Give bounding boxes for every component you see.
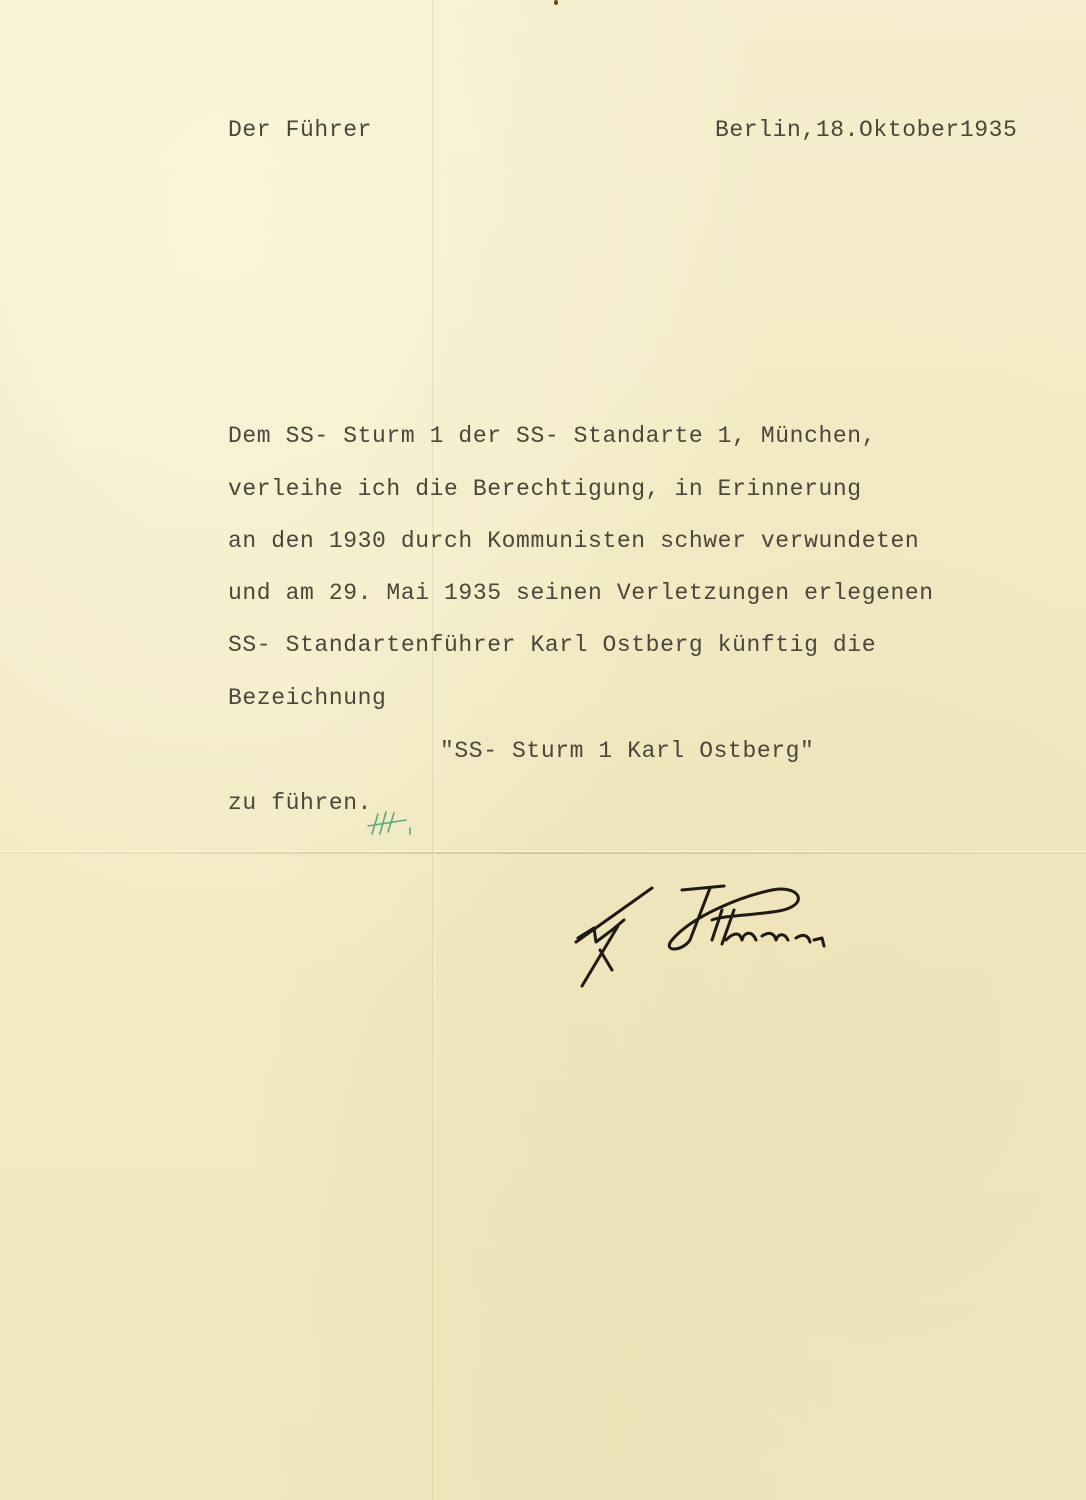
body-line: an den 1930 durch Kommunisten schwer ver… (228, 528, 919, 554)
fold-line-vertical (432, 0, 434, 1500)
closing-line: zu führen. (228, 790, 372, 816)
body-line: und am 29. Mai 1935 seinen Verletzungen … (228, 580, 934, 606)
unit-designation: "SS- Sturm 1 Karl Ostberg" (440, 738, 814, 764)
fold-line-horizontal (0, 852, 1086, 854)
body-line: Dem SS- Sturm 1 der SS- Standarte 1, Mün… (228, 423, 876, 449)
letter-page: Der Führer Berlin,18.Oktober1935 Dem SS-… (0, 0, 1086, 1500)
signature (572, 880, 842, 990)
ink-speck (554, 0, 558, 5)
green-check-mark (366, 808, 426, 838)
body-line: SS- Standartenführer Karl Ostberg künfti… (228, 632, 876, 658)
body-line: Bezeichnung (228, 685, 386, 711)
place-date: Berlin,18.Oktober1935 (715, 117, 1017, 143)
sender-heading: Der Führer (228, 117, 372, 143)
body-line: verleihe ich die Berechtigung, in Erinne… (228, 476, 862, 502)
